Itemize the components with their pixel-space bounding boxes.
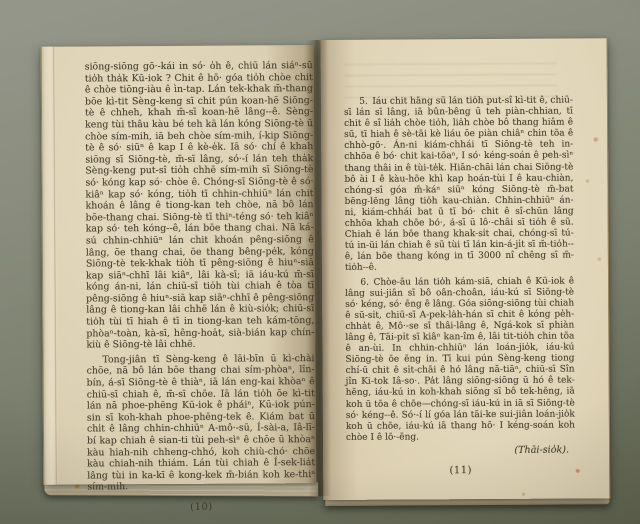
left-page-paragraph-1: siōng-siōng gō·-kái in só· o̍h ê, chiū l… (85, 60, 315, 351)
left-page-paragraph-2: Tong-jiân tī Sèng-keng ê lāi-bīn ū kì-ch… (86, 353, 315, 494)
open-book: siōng-siōng gō·-kái in só· o̍h ê, chiū l… (40, 36, 613, 509)
right-page-number: (11) (346, 464, 575, 476)
photo-backdrop: siōng-siōng gō·-kái in só· o̍h ê, chiū l… (0, 0, 640, 524)
left-page-number: (10) (87, 501, 315, 514)
left-page: siōng-siōng gō·-kái in só· o̍h ê, chiū l… (41, 45, 317, 485)
right-page-paragraph-5: 5. Iáu chit hāng sū lán tio̍h put-sî kì-… (344, 95, 574, 274)
right-page-paragraph-6: 6. Chòe-āu lán tio̍h kám-siā, chiah ê Kū… (345, 276, 575, 444)
right-page: 5. Iáu chit hāng sū lán tio̍h put-sî kì-… (321, 38, 611, 500)
continuation-note: (Thāi-sio̍k). (346, 444, 575, 456)
